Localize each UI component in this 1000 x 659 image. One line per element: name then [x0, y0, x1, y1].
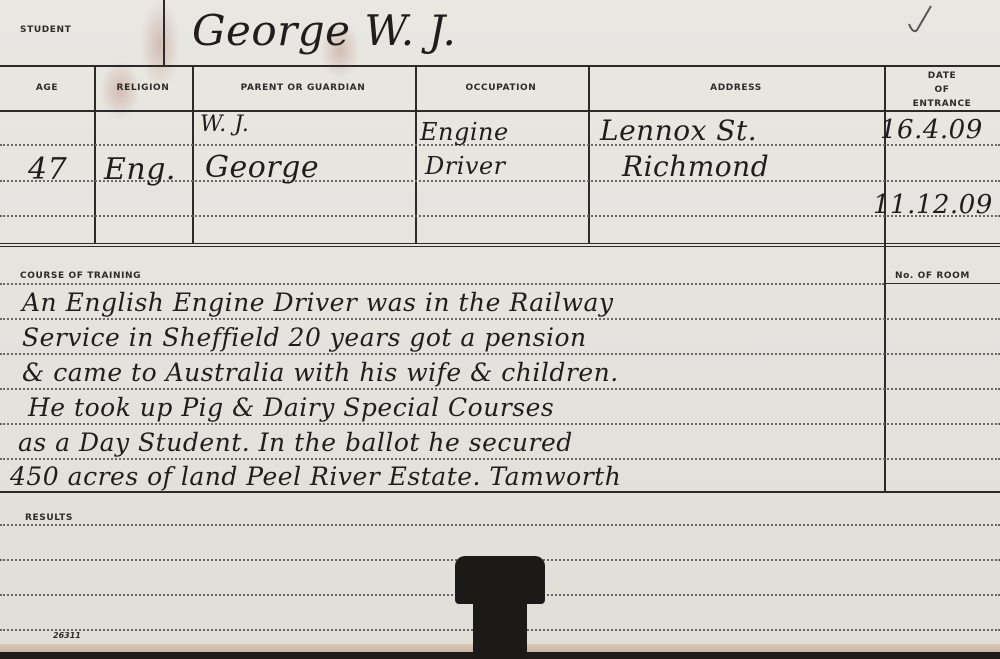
- header-line: DATE: [913, 69, 972, 83]
- parent-value-line1: W. J.: [200, 112, 249, 137]
- student-name: George W. J.: [192, 6, 456, 55]
- religion-value: Eng.: [104, 152, 176, 187]
- address-value-line1: Lennox St.: [600, 114, 757, 147]
- results-label: RESULTS: [25, 513, 73, 523]
- course-line: Service in Sheffield 20 years got a pens…: [22, 323, 587, 352]
- divider: [0, 110, 1000, 112]
- parent-value-line2: George: [205, 150, 319, 185]
- column-divider: [415, 66, 417, 244]
- ruled-line: [0, 388, 1000, 390]
- column-header-occupation: OCCUPATION: [466, 83, 537, 93]
- card-serial-number: 26311: [53, 631, 81, 640]
- divider: [0, 491, 1000, 493]
- column-divider: [588, 66, 590, 244]
- divider: [0, 243, 1000, 247]
- ruled-line: [0, 423, 1000, 425]
- column-header-age: AGE: [36, 83, 58, 93]
- no-of-room-label: No. OF ROOM: [895, 271, 970, 281]
- ruled-line: [0, 215, 1000, 217]
- occupation-value-line1: Engine: [420, 118, 509, 146]
- column-header-address: ADDRESS: [710, 83, 762, 93]
- check-mark-icon: [905, 4, 935, 34]
- occupation-value-line2: Driver: [425, 152, 506, 180]
- stain: [140, 0, 180, 90]
- ruled-line: [0, 283, 884, 285]
- column-header-parent-or-guardian: PARENT OR GUARDIAN: [241, 83, 366, 93]
- course-line: as a Day Student. In the ballot he secur…: [18, 428, 573, 457]
- filing-notch: [455, 556, 545, 659]
- index-card: STUDENT George W. J. AGE RELIGION PARENT…: [0, 0, 1000, 652]
- date-of-entrance-value-1: 16.4.09: [880, 115, 983, 145]
- ruled-line: [0, 318, 1000, 320]
- course-line: 450 acres of land Peel River Estate. Tam…: [10, 462, 621, 491]
- header-line: ENTRANCE: [913, 97, 972, 111]
- divider: [0, 65, 1000, 67]
- course-line: & came to Australia with his wife & chil…: [22, 358, 619, 387]
- notch-stem: [473, 596, 527, 659]
- age-value: 47: [28, 152, 67, 187]
- column-divider: [192, 66, 194, 244]
- course-of-training-label: COURSE OF TRAINING: [20, 271, 141, 281]
- column-divider: [94, 66, 96, 244]
- course-line: An English Engine Driver was in the Rail…: [22, 288, 614, 317]
- ruled-line: [0, 458, 1000, 460]
- date-of-entrance-value-2: 11.12.09: [873, 190, 993, 220]
- divider: [163, 0, 165, 66]
- student-label: STUDENT: [20, 25, 71, 35]
- course-line: He took up Pig & Dairy Special Courses: [28, 393, 554, 422]
- divider: [884, 283, 1000, 284]
- ruled-line: [0, 353, 1000, 355]
- address-value-line2: Richmond: [622, 150, 769, 183]
- column-header-religion: RELIGION: [117, 83, 170, 93]
- column-header-date-of-entrance: DATE OF ENTRANCE: [913, 69, 972, 111]
- header-line: OF: [913, 83, 972, 97]
- ruled-line: [0, 524, 1000, 526]
